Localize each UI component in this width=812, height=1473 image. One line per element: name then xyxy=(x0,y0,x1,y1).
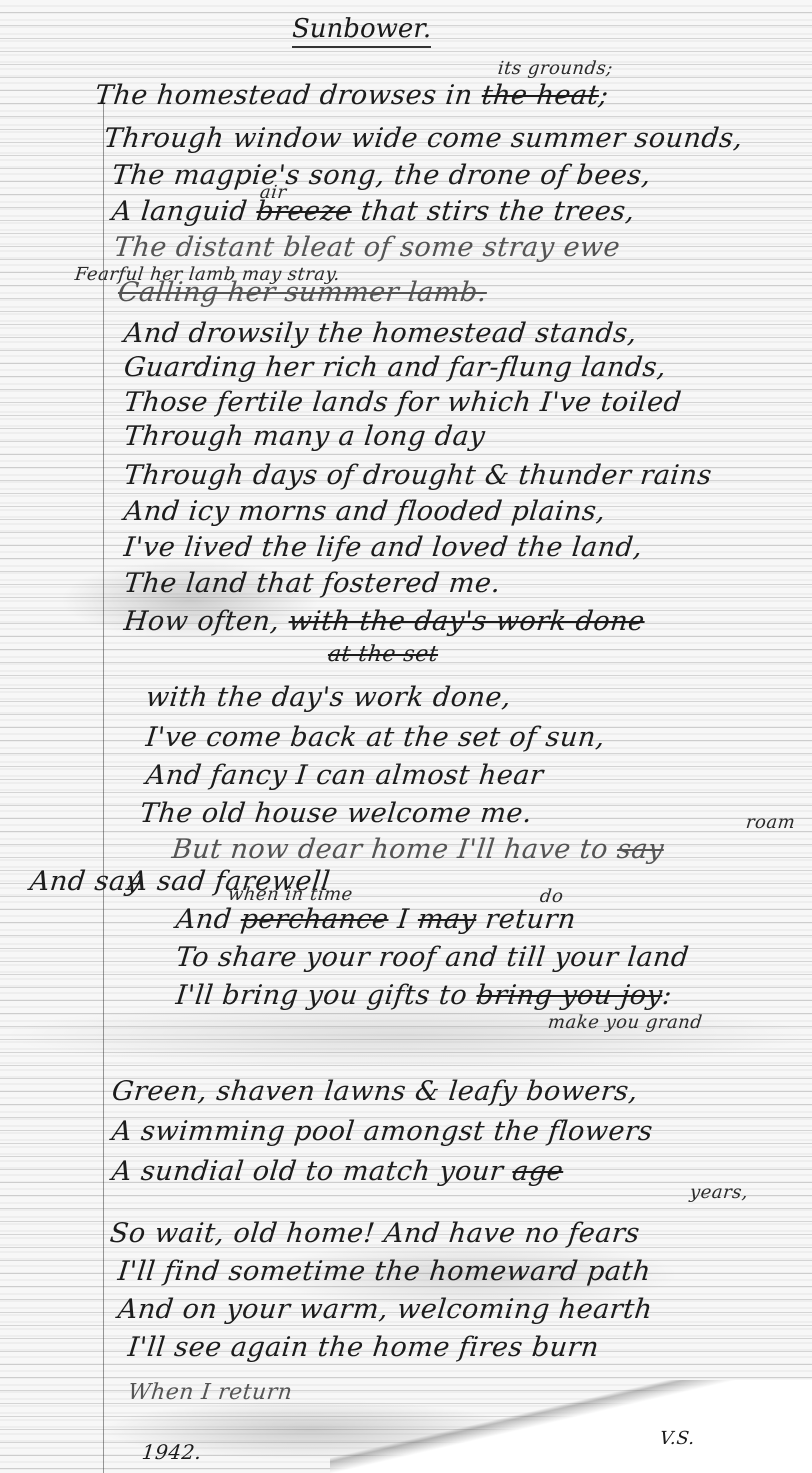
struck-text: perchance xyxy=(239,904,390,935)
poem-line: And on your warm, welcoming hearth xyxy=(116,1294,654,1325)
poem-line: So wait, old home! And have no fears xyxy=(108,1218,641,1249)
poem-line: with the day's work done, xyxy=(144,682,512,713)
poem-title: Sunbower. xyxy=(292,14,431,48)
struck-text: may xyxy=(416,904,478,935)
poem-line: Those fertile lands for which I've toile… xyxy=(122,387,683,418)
poem-line: Through window wide come summer sounds, xyxy=(102,123,744,154)
poem-line: And fancy I can almost hear xyxy=(144,760,545,791)
poem-line: A languid breeze that stirs the trees, xyxy=(110,196,636,227)
poem-line: Through many a long day xyxy=(122,421,486,452)
poem-line: But now dear home I'll have to say xyxy=(170,834,665,865)
poem-line: I've lived the life and loved the land, xyxy=(122,532,644,563)
struck-text: bring you joy xyxy=(475,980,664,1011)
manuscript-page: Sunbower. The homestead drowses in the h… xyxy=(0,0,812,1473)
poem-line: I'll find sometime the homeward path xyxy=(116,1256,652,1287)
poem-line: Green, shaven lawns & leafy bowers, xyxy=(110,1076,639,1107)
poem-line: The old house welcome me. xyxy=(138,798,533,829)
torn-corner xyxy=(330,1380,812,1473)
poem-line: A sundial old to match your age xyxy=(110,1156,565,1187)
poem-line: A swimming pool amongst the flowers xyxy=(110,1116,654,1147)
poem-line: When I return xyxy=(127,1380,294,1405)
poem-line: Through days of drought & thunder rains xyxy=(122,460,713,491)
poem-line: Guarding her rich and far-flung lands, xyxy=(122,352,667,383)
poem-line: How often, with the day's work done xyxy=(122,606,646,637)
poem-line: I'll see again the home fires burn xyxy=(126,1332,600,1363)
insertion: years, xyxy=(689,1182,749,1203)
insertion: roam xyxy=(745,812,796,833)
poem-line: The homestead drowses in the heat; xyxy=(93,80,610,111)
author-initials: V.S. xyxy=(659,1428,696,1449)
poem-line: The land that fostered me. xyxy=(122,568,502,599)
poem-line: To share your roof and till your land xyxy=(174,942,690,973)
insertion: its grounds; xyxy=(497,58,614,79)
poem-line: The distant bleat of some stray ewe xyxy=(112,232,621,263)
poem-line: And icy morns and flooded plains, xyxy=(122,496,607,527)
insertion: air xyxy=(259,182,288,203)
struck-text: age xyxy=(511,1156,565,1187)
poem-line: I'll bring you gifts to bring you joy: xyxy=(174,980,673,1011)
margin-line xyxy=(103,95,104,1473)
poem-line: Calling her summer lamb. xyxy=(116,277,488,308)
insertion: do xyxy=(539,886,565,907)
struck-text: the heat xyxy=(480,80,600,111)
insertion: when in time xyxy=(227,884,354,905)
poem-line: And perchance I may return xyxy=(174,904,577,935)
struck-text: at the set xyxy=(327,642,440,667)
date: 1942. xyxy=(141,1440,203,1464)
poem-line: The magpie's song, the drone of bees, xyxy=(110,160,652,191)
struck-text: say xyxy=(615,834,665,865)
poem-line: I've come back at the set of sun, xyxy=(144,722,606,753)
poem-line: And drowsily the homestead stands, xyxy=(122,318,638,349)
insertion: make you grand xyxy=(547,1012,704,1033)
struck-text: with the day's work done xyxy=(287,606,646,637)
